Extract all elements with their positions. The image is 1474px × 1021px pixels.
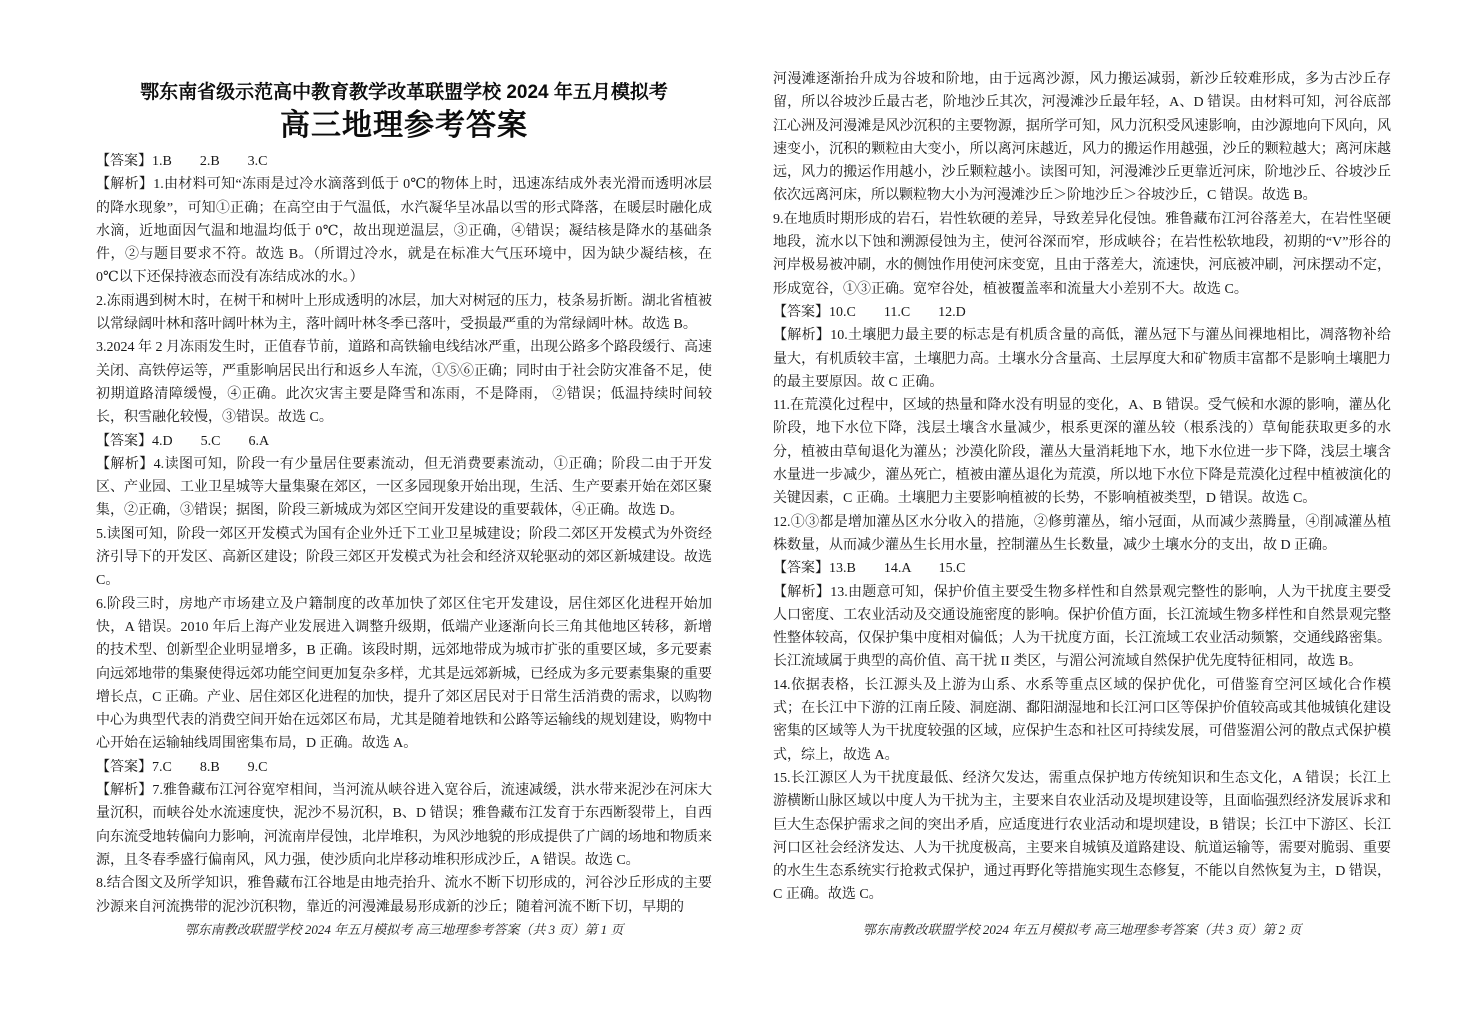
explanation-q6: 6.阶段三时，房地产市场建立及户籍制度的改革加快了郊区住宅开发建设，居住郊区化进…	[96, 593, 712, 756]
explanation-q14: 14.依据表格，长江源头及上游为山系、水系等重点区域的保护优化，可借鉴育空河区域…	[773, 674, 1391, 767]
explanation-q11: 11.在荒漠化过程中，区域的热量和降水没有明显的变化，A、B 错误。受气候和水源…	[773, 394, 1391, 510]
explanation-q8-part1: 8.结合图文及所学知识，雅鲁藏布江谷地是由地壳抬升、流水不断下切形成的，河谷沙丘…	[96, 872, 712, 919]
explanation-q13: 【解析】13.由题意可知，保护价值主要受生物多样性和自然景观完整性的影响，人为干…	[773, 581, 1391, 674]
explanation-q8-part2: 河漫滩逐渐抬升成为谷坡和阶地，由于远离沙源，风力搬运减弱，新沙丘较难形成，多为古…	[773, 68, 1391, 208]
answer-line-q10-12: 【答案】10.C 11.C 12.D	[773, 301, 1391, 324]
answer-line-q4-6: 【答案】4.D 5.C 6.A	[96, 430, 712, 453]
page-1-footer: 鄂东南教改联盟学校 2024 年五月模拟考 高三地理参考答案（共 3 页）第 1…	[96, 921, 712, 939]
explanation-q4: 【解析】4.读图可知，阶段一有少量居住要素流动，但无消费要素流动，①正确；阶段二…	[96, 453, 712, 523]
explanation-q5: 5.读图可知，阶段一郊区开发模式为国有企业外迁下工业卫星城建设；阶段二郊区开发模…	[96, 523, 712, 593]
explanation-q15: 15.长江源区人为干扰度最低、经济欠发达，需重点保护地方传统知识和生态文化，A …	[773, 767, 1391, 907]
page-2: 河漫滩逐渐抬升成为谷坡和阶地，由于远离沙源，风力搬运减弱，新沙丘较难形成，多为古…	[773, 68, 1391, 907]
explanation-q7: 【解析】7.雅鲁藏布江河谷宽窄相间，当河流从峡谷进入宽谷后，流速减缓，洪水带来泥…	[96, 779, 712, 872]
answer-line-q7-9: 【答案】7.C 8.B 9.C	[96, 756, 712, 779]
explanation-q12: 12.①③都是增加灌丛区水分收入的措施，②修剪灌丛，缩小冠面，从而减少蒸腾量，④…	[773, 511, 1391, 558]
page-1: 鄂东南省级示范高中教育教学改革联盟学校 2024 年五月模拟考 高三地理参考答案…	[96, 80, 712, 919]
page-2-footer: 鄂东南教改联盟学校 2024 年五月模拟考 高三地理参考答案（共 3 页）第 2…	[773, 921, 1391, 939]
explanation-q1: 【解析】1.由材料可知“冻雨是过冷水滴落到低于 0℃的物体上时，迅速冻结成外表光…	[96, 173, 712, 289]
explanation-q2: 2.冻雨遇到树木时，在树干和树叶上形成透明的冰层，加大对树冠的压力，枝条易折断。…	[96, 290, 712, 337]
explanation-q9: 9.在地质时期形成的岩石，岩性软硬的差异，导致差异化侵蚀。雅鲁藏布江河谷落差大，…	[773, 208, 1391, 301]
exam-title: 鄂东南省级示范高中教育教学改革联盟学校 2024 年五月模拟考	[96, 80, 712, 106]
answer-key-title: 高三地理参考答案	[96, 108, 712, 144]
answer-sheet: 鄂东南省级示范高中教育教学改革联盟学校 2024 年五月模拟考 高三地理参考答案…	[0, 0, 1474, 1021]
explanation-q10: 【解析】10.土壤肥力最主要的标志是有机质含量的高低，灌丛冠下与灌丛间裸地相比，…	[773, 324, 1391, 394]
answer-line-q1-3: 【答案】1.B 2.B 3.C	[96, 150, 712, 173]
answer-line-q13-15: 【答案】13.B 14.A 15.C	[773, 557, 1391, 580]
explanation-q3: 3.2024 年 2 月冻雨发生时，正值春节前，道路和高铁输电线结冰严重，出现公…	[96, 336, 712, 429]
